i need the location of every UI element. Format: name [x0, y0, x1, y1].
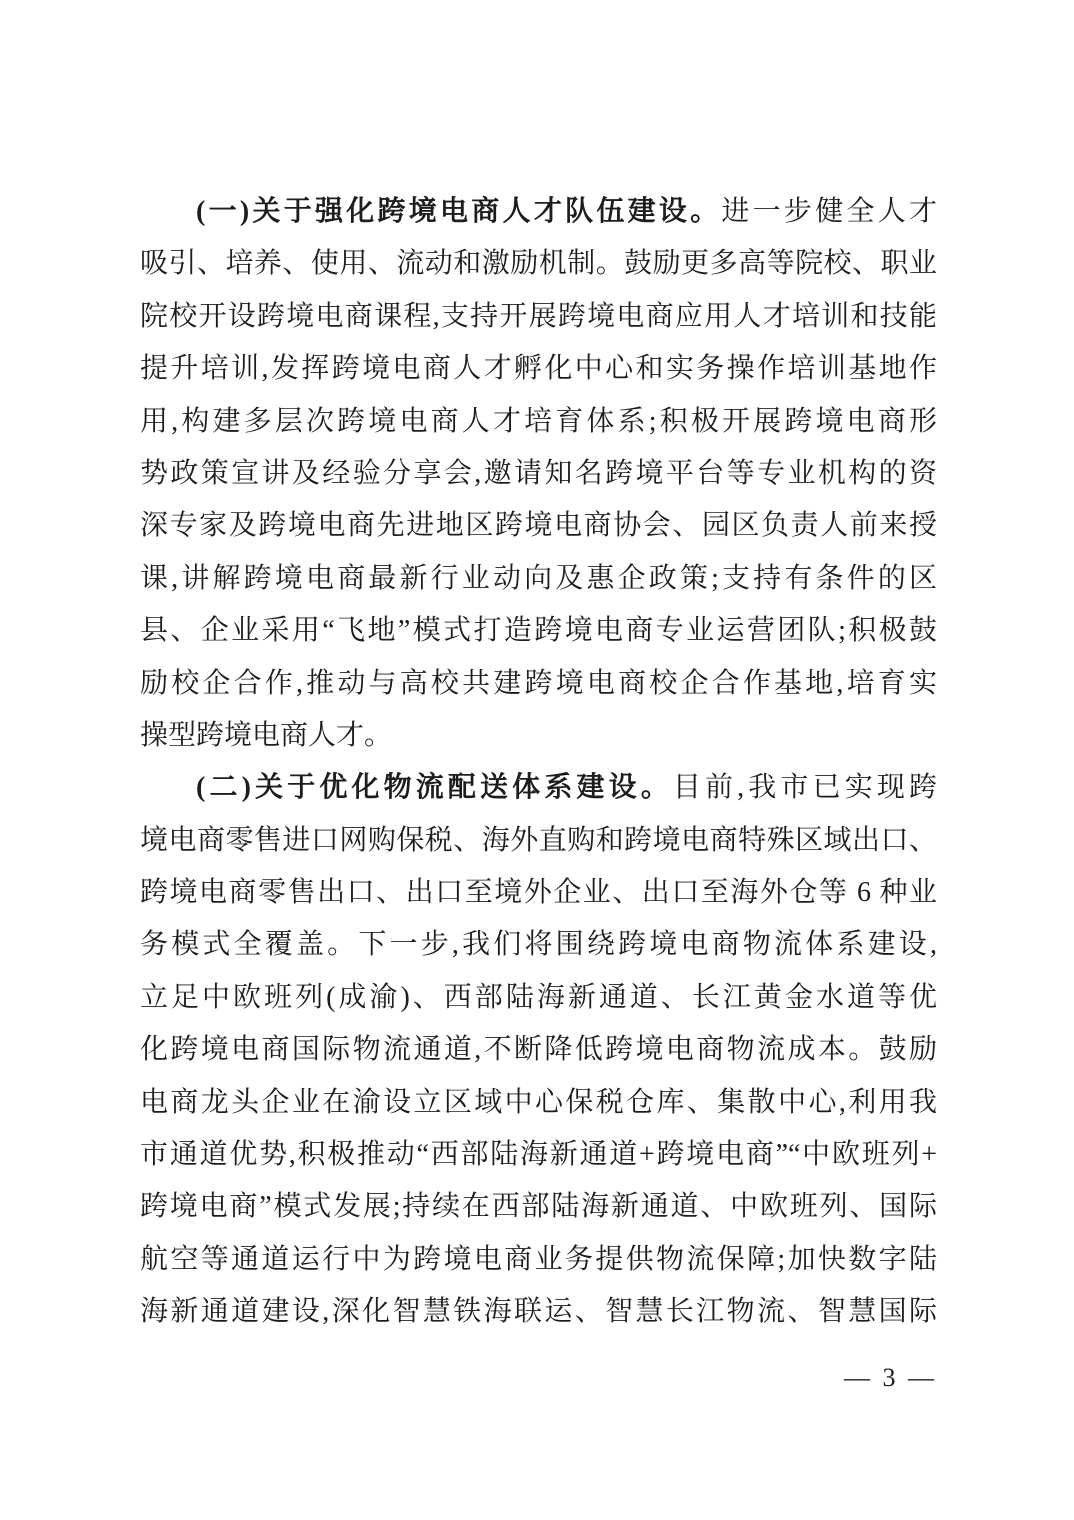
text-line: 电商龙头企业在渝设立区域中心保税仓库、集散中心,利用我 [140, 1077, 937, 1129]
text-segment: 吸引、培养、使用、流动和激励机制。鼓励更多高等院校、职业 [140, 248, 937, 279]
text-line: 提升培训,发挥跨境电商人才孵化中心和实务操作培训基地作 [140, 343, 937, 395]
document-page: (一)关于强化跨境电商人才队伍建设。进一步健全人才 吸引、培养、使用、流动和激励… [0, 0, 1074, 1520]
text-line: 跨境电商”模式发展;持续在西部陆海新通道、中欧班列、国际 [140, 1181, 937, 1233]
text-line: 深专家及跨境电商先进地区跨境电商协会、园区负责人前来授 [140, 500, 937, 552]
text-line: 课,讲解跨境电商最新行业动向及惠企政策;支持有条件的区 [140, 553, 937, 605]
paragraph-1: (一)关于强化跨境电商人才队伍建设。进一步健全人才 吸引、培养、使用、流动和激励… [140, 186, 937, 762]
text-line: 吸引、培养、使用、流动和激励机制。鼓励更多高等院校、职业 [140, 238, 937, 290]
document-body: (一)关于强化跨境电商人才队伍建设。进一步健全人才 吸引、培养、使用、流动和激励… [140, 186, 937, 1339]
paragraph-2: (二)关于优化物流配送体系建设。目前,我市已实现跨 境电商零售进口网购保税、海外… [140, 762, 937, 1338]
text-line: 操型跨境电商人才。 [140, 710, 937, 762]
text-segment: 院校开设跨境电商课程,支持开展跨境电商应用人才培训和技能 [140, 301, 937, 332]
text-line: 县、企业采用“飞地”模式打造跨境电商专业运营团队;积极鼓 [140, 605, 937, 657]
text-line: 航空等通道运行中为跨境电商业务提供物流保障;加快数字陆 [140, 1234, 937, 1286]
text-line: 励校企合作,推动与高校共建跨境电商校企合作基地,培育实 [140, 658, 937, 710]
paragraph-1-heading: (一)关于强化跨境电商人才队伍建设。 [196, 196, 721, 227]
text-line: 用,构建多层次跨境电商人才培育体系;积极开展跨境电商形 [140, 396, 937, 448]
text-line: 院校开设跨境电商课程,支持开展跨境电商应用人才培训和技能 [140, 291, 937, 343]
text-segment: 境电商零售进口网购保税、海外直购和跨境电商特殊区域出口、 [140, 825, 937, 856]
text-segment: 用,构建多层次跨境电商人才培育体系;积极开展跨境电商形 [140, 406, 937, 437]
paragraph-2-heading: (二)关于优化物流配送体系建设。 [196, 772, 673, 803]
text-segment: 化跨境电商国际物流通道,不断降低跨境电商物流成本。鼓励 [140, 1034, 937, 1065]
text-segment: 市通道优势,积极推动“西部陆海新通道+跨境电商”“中欧班列+ [140, 1139, 937, 1170]
text-line: 境电商零售进口网购保税、海外直购和跨境电商特殊区域出口、 [140, 815, 937, 867]
text-line: 立足中欧班列(成渝)、西部陆海新通道、长江黄金水道等优 [140, 972, 937, 1024]
text-segment: 跨境电商零售出口、出口至境外企业、出口至海外仓等 6 种业 [140, 877, 937, 908]
text-segment: 跨境电商”模式发展;持续在西部陆海新通道、中欧班列、国际 [140, 1191, 937, 1222]
text-segment: 进一步健全人才 [721, 196, 937, 227]
text-segment: 立足中欧班列(成渝)、西部陆海新通道、长江黄金水道等优 [140, 982, 937, 1013]
page-number: — 3 — [140, 1358, 937, 1398]
text-line: 务模式全覆盖。下一步,我们将围绕跨境电商物流体系建设, [140, 919, 937, 971]
text-line: 化跨境电商国际物流通道,不断降低跨境电商物流成本。鼓励 [140, 1024, 937, 1076]
text-segment: 课,讲解跨境电商最新行业动向及惠企政策;支持有条件的区 [140, 563, 937, 594]
text-segment: 励校企合作,推动与高校共建跨境电商校企合作基地,培育实 [140, 668, 937, 699]
text-segment: 提升培训,发挥跨境电商人才孵化中心和实务操作培训基地作 [140, 353, 937, 384]
text-segment: 操型跨境电商人才。 [140, 720, 392, 751]
text-segment: 务模式全覆盖。下一步,我们将围绕跨境电商物流体系建设, [140, 929, 937, 960]
text-line: 市通道优势,积极推动“西部陆海新通道+跨境电商”“中欧班列+ [140, 1129, 937, 1181]
text-segment: 县、企业采用“飞地”模式打造跨境电商专业运营团队;积极鼓 [140, 615, 937, 646]
text-line: 跨境电商零售出口、出口至境外企业、出口至海外仓等 6 种业 [140, 867, 937, 919]
text-line: 势政策宣讲及经验分享会,邀请知名跨境平台等专业机构的资 [140, 448, 937, 500]
text-line: (二)关于优化物流配送体系建设。目前,我市已实现跨 [140, 762, 937, 814]
text-line: 海新通道建设,深化智慧铁海联运、智慧长江物流、智慧国际 [140, 1286, 937, 1338]
text-line: (一)关于强化跨境电商人才队伍建设。进一步健全人才 [140, 186, 937, 238]
text-segment: 海新通道建设,深化智慧铁海联运、智慧长江物流、智慧国际 [140, 1296, 937, 1327]
text-segment: 势政策宣讲及经验分享会,邀请知名跨境平台等专业机构的资 [140, 458, 937, 489]
text-segment: 深专家及跨境电商先进地区跨境电商协会、园区负责人前来授 [140, 510, 937, 541]
text-segment: 航空等通道运行中为跨境电商业务提供物流保障;加快数字陆 [140, 1244, 937, 1275]
text-segment: 电商龙头企业在渝设立区域中心保税仓库、集散中心,利用我 [140, 1087, 937, 1118]
text-segment: 目前,我市已实现跨 [673, 772, 937, 803]
